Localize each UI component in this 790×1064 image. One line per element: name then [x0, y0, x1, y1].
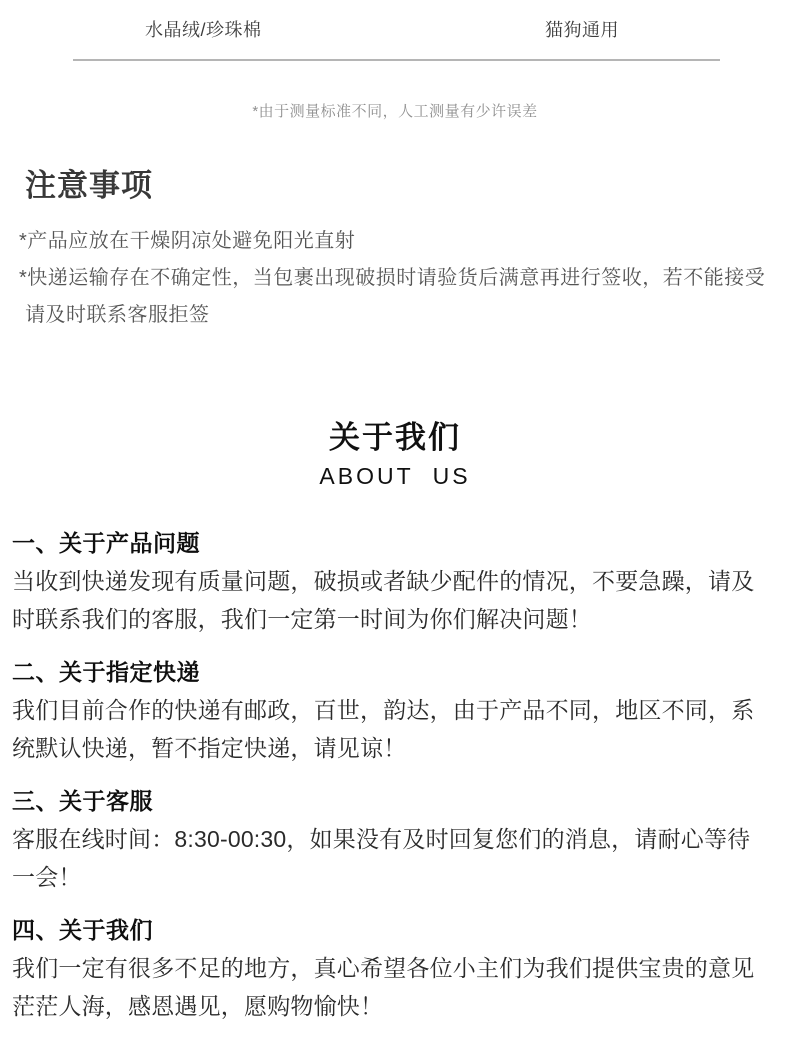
divider-line — [73, 59, 720, 61]
section-heading-customer-service: 三、关于客服 — [12, 787, 790, 815]
product-description-page: 水晶绒/珍珠棉 猫狗通用 *由于测量标准不同，人工测量有少许误差 注意事项 *产… — [0, 0, 790, 1064]
section-body-product-issues: 当收到快递发现有质量问题，破损或者缺少配件的情况，不要急躁，请及 时联系我们的客… — [12, 563, 780, 638]
section-heading-courier: 二、关于指定快递 — [12, 658, 790, 686]
section-body-courier: 我们目前合作的快递有邮政，百世，韵达，由于产品不同，地区不同，系 统默认快递，暂… — [12, 692, 780, 767]
notice-text: *产品应放在干燥阴凉处避免阳光直射 *快递运输存在不确定性，当包裹出现破损时请验… — [19, 223, 790, 334]
spec-material-label: 水晶绒/珍珠棉 — [145, 16, 262, 42]
spec-header-row: 水晶绒/珍珠棉 猫狗通用 — [0, 0, 790, 59]
spec-pet-type-label: 猫狗通用 — [545, 16, 619, 42]
section-heading-about-us: 四、关于我们 — [12, 916, 790, 944]
about-title-cn: 关于我们 — [0, 420, 790, 456]
about-section-courier: 二、关于指定快递 我们目前合作的快递有邮政，百世，韵达，由于产品不同，地区不同，… — [0, 658, 790, 767]
section-heading-product-issues: 一、关于产品问题 — [12, 529, 790, 557]
section-body-about-us: 我们一定有很多不足的地方，真心希望各位小主们为我们提供宝贵的意见 茫茫人海，感恩… — [12, 950, 780, 1025]
about-title-en: ABOUT US — [0, 463, 790, 489]
measurement-note: *由于测量标准不同，人工测量有少许误差 — [0, 103, 790, 121]
notice-title: 注意事项 — [25, 167, 790, 205]
section-body-customer-service: 客服在线时间：8:30-00:30，如果没有及时回复您们的消息，请耐心等待 一会… — [12, 821, 780, 896]
about-section-product-issues: 一、关于产品问题 当收到快递发现有质量问题，破损或者缺少配件的情况，不要急躁，请… — [0, 529, 790, 638]
about-section-about-us: 四、关于我们 我们一定有很多不足的地方，真心希望各位小主们为我们提供宝贵的意见 … — [0, 916, 790, 1025]
about-section-customer-service: 三、关于客服 客服在线时间：8:30-00:30，如果没有及时回复您们的消息，请… — [0, 787, 790, 896]
